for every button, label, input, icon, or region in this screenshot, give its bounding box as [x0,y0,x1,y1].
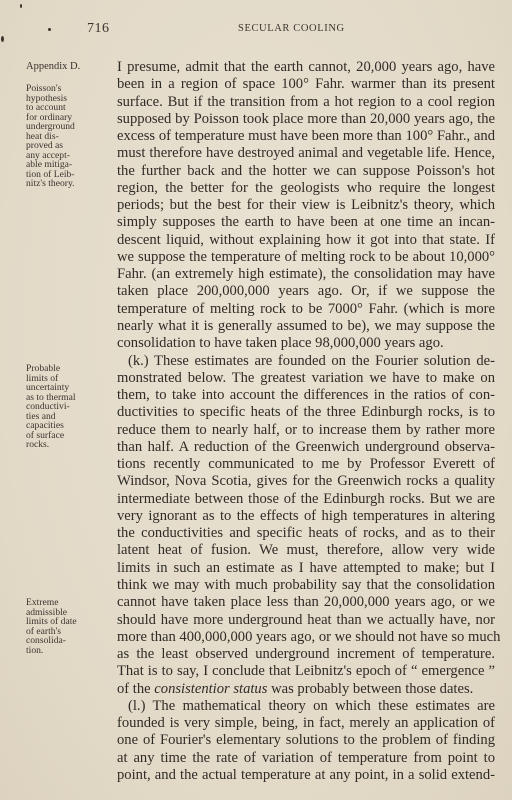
text-line: think we may with much probability say t… [117,577,495,594]
text-line: should have more underground heat than w… [117,612,495,629]
sidenote-poisson-hypothesis: Poisson's hypothesis to account for ordi… [26,84,86,189]
text-line: monstrated below. The greatest variation… [117,370,495,387]
body-text: I presume, admit that the earth cannot, … [117,59,495,784]
text-line: surface. But if the transition from a ho… [117,94,495,111]
text-line: intermediate between those of the Edinbu… [117,491,495,508]
running-head-title: SECULAR COOLING [238,23,345,34]
text-line: point, and the actual temperature at any… [117,767,495,784]
text-line: That is to say, I conclude that Leibnitz… [117,663,495,680]
text-line: reduce them to nearly half, or to increa… [117,422,495,439]
text-line: very ignorant as to the effects of high … [117,508,495,525]
sidenote-line: nitz's theory. [26,179,86,189]
text-line: region, the better for the geologists wh… [117,180,495,197]
text-line: more than 400,000,000 years ago, or we s… [117,629,495,646]
text-line: nearly what it is generally assumed to b… [117,318,495,335]
text-line: supposed by Poisson took place more than… [117,111,495,128]
text-line: taken place 200,000,000 years ago. Or, i… [117,283,495,300]
text-line: Windsor, Nova Scotia, gives for the Gree… [117,473,495,490]
text-line: descent liquid, without explaining how i… [117,232,495,249]
sidenote-extreme-limits: Extreme admissible limits of date of ear… [26,598,86,655]
text-line: them, to take into account the differenc… [117,387,495,404]
running-head: 716 SECULAR COOLING [0,21,512,41]
scan-speck [20,4,22,8]
text-line: limits in such an estimate as I have att… [117,560,495,577]
text-line: simply supposes the earth to have been a… [117,214,495,231]
text-line: one of Fourier's elementary solutions to… [117,732,495,749]
text-line: I presume, admit that the earth cannot, … [117,59,495,76]
text-line: latent heat of fusion. We must, therefor… [117,542,495,559]
text-fragment: of the [117,681,151,697]
text-line: cannot have taken place less than 20,000… [117,594,495,611]
text-line: the further back and the hotter we can s… [117,163,495,180]
sidenote-line: tion. [26,646,86,656]
text-line: temperature of melting rock to be 7000° … [117,301,495,318]
text-line: founded is very simple, being, in fact, … [117,715,495,732]
page-number: 716 [87,21,110,37]
text-line: at any time the rate of variation of tem… [117,750,495,767]
sidenote-line: rocks. [26,440,86,450]
text-line: the conductivities and specific heats of… [117,525,495,542]
text-line: excess of temperature must have been mor… [117,128,495,145]
text-line: been in a region of space 100° Fahr. war… [117,76,495,93]
text-fragment: was probably between those dates. [271,681,473,697]
sidenote-probable-limits: Probable limits of uncertainty as to the… [26,364,86,450]
paragraph-l-start: (l.) The mathematical theory on which th… [117,698,495,715]
text-line: tions recently communicated to me by Pro… [117,456,495,473]
text-line: as the least observed underground increm… [117,646,495,663]
text-line: consolidation to have taken place 98,000… [117,335,495,352]
text-line: than half. A reduction of the Greenwich … [117,439,495,456]
text-line: Fahr. (an extremely high estimate), the … [117,266,495,283]
text-line: must therefore have destroyed animal and… [117,145,495,162]
sidenote-line: Appendix D. [26,62,86,72]
text-line: periods; but the best for their view is … [117,197,495,214]
sidenote-appendix: Appendix D. [26,62,86,72]
text-line: ductivities to specific heats of the thr… [117,404,495,421]
text-line-italic-phrase: of the consistentior status was probably… [117,681,495,698]
italic-phrase: consistentior status [154,681,267,697]
paragraph-k-start: (k.) These estimates are founded on the … [117,353,495,370]
text-line: we suppose the temperature of melting ro… [117,249,495,266]
